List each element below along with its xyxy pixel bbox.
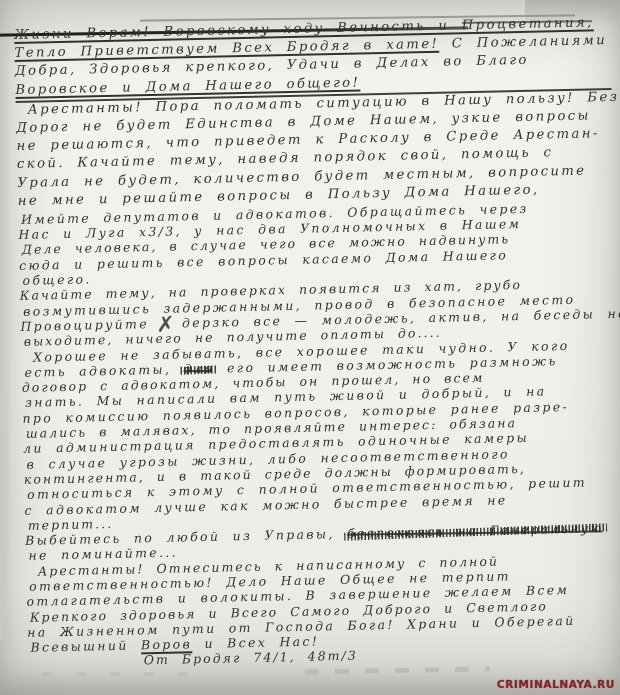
site-watermark: CRIMINALNAYA.RU [497, 679, 615, 691]
handwriting-segment: С Пожеланиями [439, 33, 607, 52]
crossout-mark: ✗ [156, 322, 175, 330]
pencil-smudge [305, 666, 490, 674]
pencil-smudge [42, 672, 202, 676]
letter-photo: Жизни Ворам! Воровскому ходу Вечность и … [0, 0, 620, 695]
handwriting-segment: терпит... [28, 516, 114, 533]
edge-shadow [0, 40, 10, 640]
handwriting-segment: общего. [22, 271, 92, 288]
handwritten-letter: Жизни Ворам! Воровскому ходу Вечность и … [14, 15, 620, 671]
letter-opening: Жизни Ворам! Воровскому ходу Вечность и … [14, 15, 614, 212]
letter-body: Имейте депутатов и адвокатов. Обращайтес… [18, 199, 620, 671]
handwriting-segment: для [183, 361, 214, 377]
handwriting-segment: Воров [141, 636, 192, 652]
